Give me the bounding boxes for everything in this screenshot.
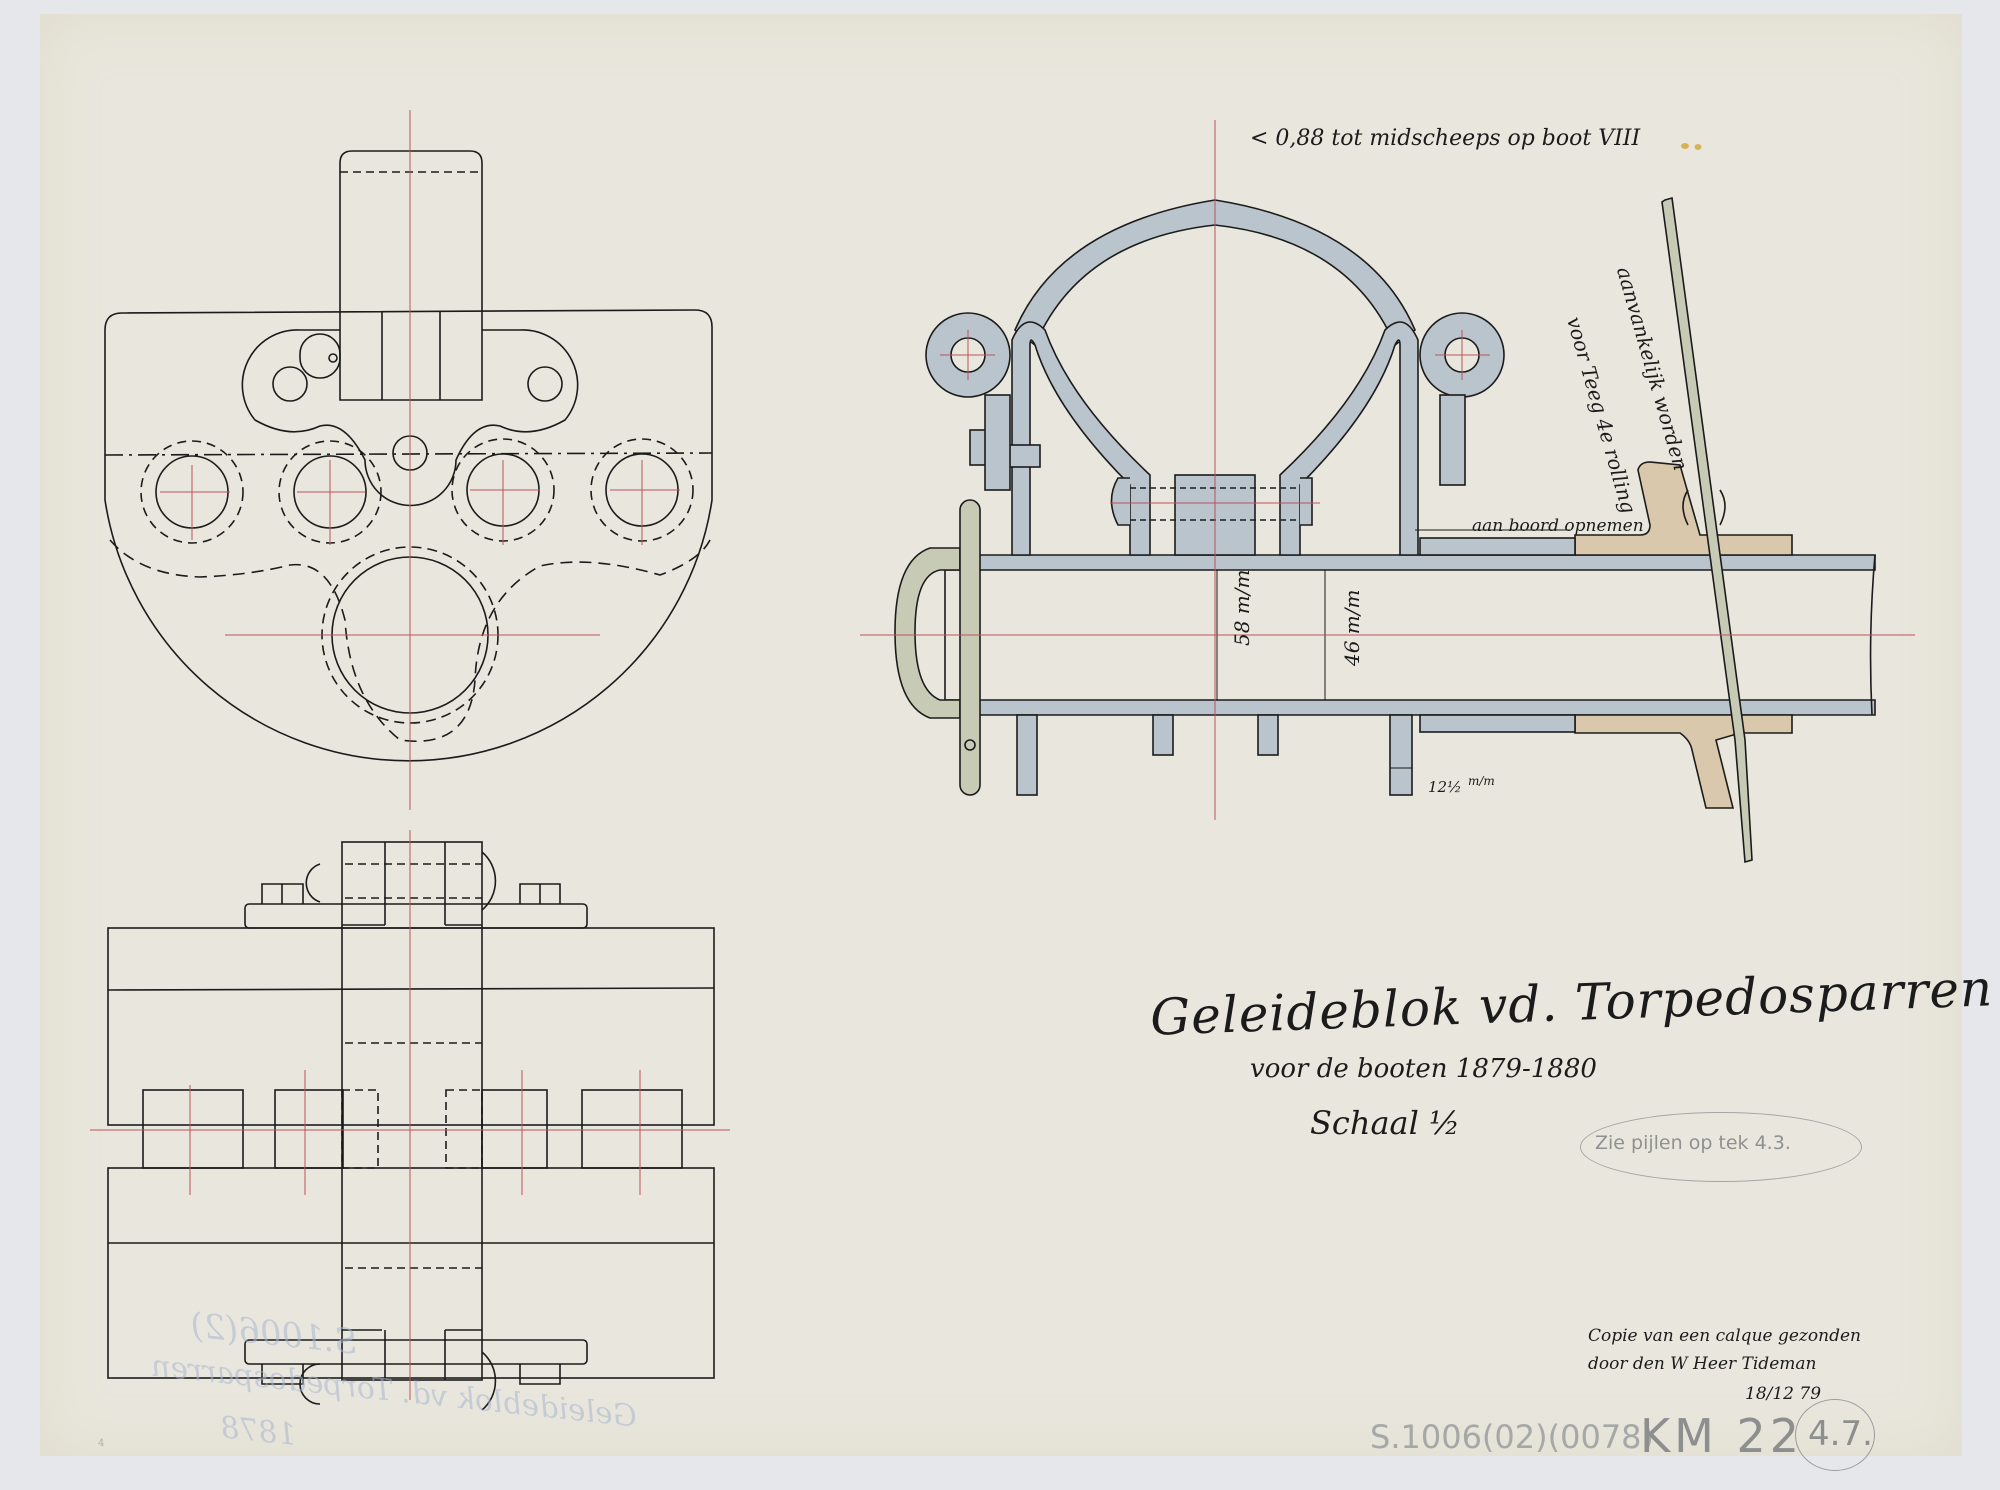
- drawing-scale: Schaal ½: [1310, 1104, 1460, 1142]
- dimension-46: 46 m/m: [1340, 590, 1364, 666]
- corner-mark: 4: [98, 1438, 104, 1449]
- sheet-number: 4.7.: [1808, 1414, 1873, 1454]
- copy-note-line-1: Copie van een calque gezonden: [1588, 1326, 1861, 1346]
- stains: [1681, 143, 1702, 150]
- dimension-58: 58 m/m: [1230, 570, 1254, 646]
- collection-code: KM 22: [1640, 1409, 1803, 1463]
- dimension-wall: 12½: [1428, 778, 1462, 796]
- technical-drawing: [0, 0, 2000, 1490]
- dimension-wall-unit: m/m: [1468, 774, 1495, 788]
- copy-note-date: 18/12 79: [1745, 1384, 1821, 1404]
- copy-note-line-2: door den W Heer Tideman: [1588, 1354, 1816, 1374]
- aan-boord-label: aan boord opnemen: [1472, 516, 1644, 536]
- drawing-sheet: < 0,88 tot midscheeps op boot VIII aan b…: [40, 14, 1962, 1456]
- section-view: [895, 198, 1875, 862]
- drawing-subtitle: voor de booten 1879-1880: [1250, 1054, 1597, 1084]
- top-note: < 0,88 tot midscheeps op boot VIII: [1250, 126, 1640, 151]
- archive-code: S.1006(02)(0078): [1370, 1418, 1654, 1456]
- plan-view: [105, 151, 712, 761]
- zie-note: Zie pijlen op tek 4.3.: [1595, 1132, 1791, 1154]
